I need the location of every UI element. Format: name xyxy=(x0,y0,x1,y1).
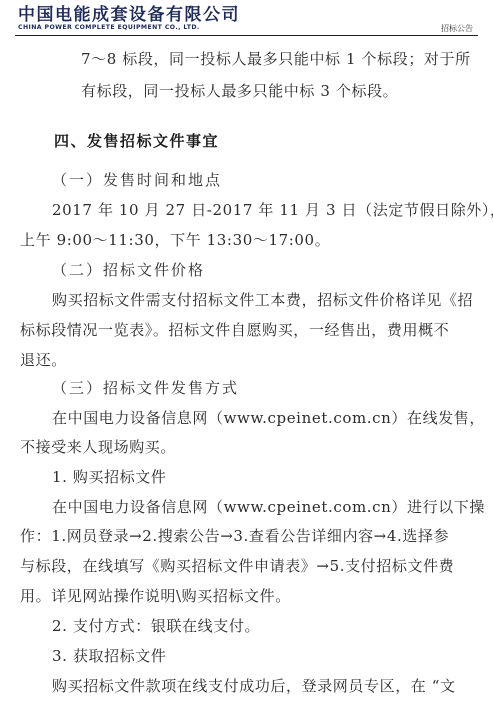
paragraph-line: 在中国电力设备信息网（www.cpeinet.com.cn）在线发售， xyxy=(52,409,485,427)
document-header: 中国电能成套设备有限公司 CHINA POWER COMPLETE EQUIPM… xyxy=(0,0,493,40)
item-heading: 3. 获取招标文件 xyxy=(52,647,166,665)
paragraph-line: 不接受来人现场购买。 xyxy=(20,438,176,456)
paragraph-line: 7～8 标段，同一投标人最多只能中标 1 个标段；对于所 xyxy=(81,50,471,68)
company-logo-chinese: 中国电能成套设备有限公司 xyxy=(18,6,240,24)
subsection-heading: （二）招标文件价格 xyxy=(52,261,205,279)
section-heading: 四、发售招标文件事宜 xyxy=(54,132,219,150)
paragraph-line: 购买招标文件款项在线支付成功后，登录网员专区，在 “文 xyxy=(52,677,456,695)
document-type-label: 招标公告 xyxy=(441,24,473,33)
paragraph-line: 有标段，同一投标人最多只能中标 3 个标段。 xyxy=(81,82,398,100)
subsection-heading: （一）发售时间和地点 xyxy=(52,171,222,189)
paragraph-line: 用。详见网站操作说明\购买招标文件。 xyxy=(20,587,291,605)
paragraph-line: 购买招标文件需支付招标文件工本费，招标文件价格详见《招 xyxy=(52,291,473,309)
subsection-heading: （三）招标文件发售方式 xyxy=(52,379,239,397)
paragraph-line: 作：1.网员登录→2.搜索公告→3.查看公告详细内容→4.选择参 xyxy=(20,527,449,545)
paragraph-line: 2017 年 10 月 27 日-2017 年 11 月 3 日（法定节假日除外… xyxy=(52,201,493,219)
company-logo-english: CHINA POWER COMPLETE EQUIPMENT CO., LTD. xyxy=(18,24,200,32)
paragraph-line: 上午 9:00～11:30，下午 13:30～17:00。 xyxy=(20,231,330,249)
item-heading: 1. 购买招标文件 xyxy=(52,468,166,486)
paragraph-line: 退还。 xyxy=(20,351,67,369)
header-divider xyxy=(15,35,478,36)
item-heading: 2. 支付方式：银联在线支付。 xyxy=(52,617,260,635)
paragraph-line: 标标段情况一览表》。招标文件自愿购买，一经售出，费用概不 xyxy=(20,321,449,339)
paragraph-line: 在中国电力设备信息网（www.cpeinet.com.cn）进行以下操 xyxy=(52,498,485,516)
paragraph-line: 与标段，在线填写《购买招标文件申请表》→5.支付招标文件费 xyxy=(20,557,454,575)
